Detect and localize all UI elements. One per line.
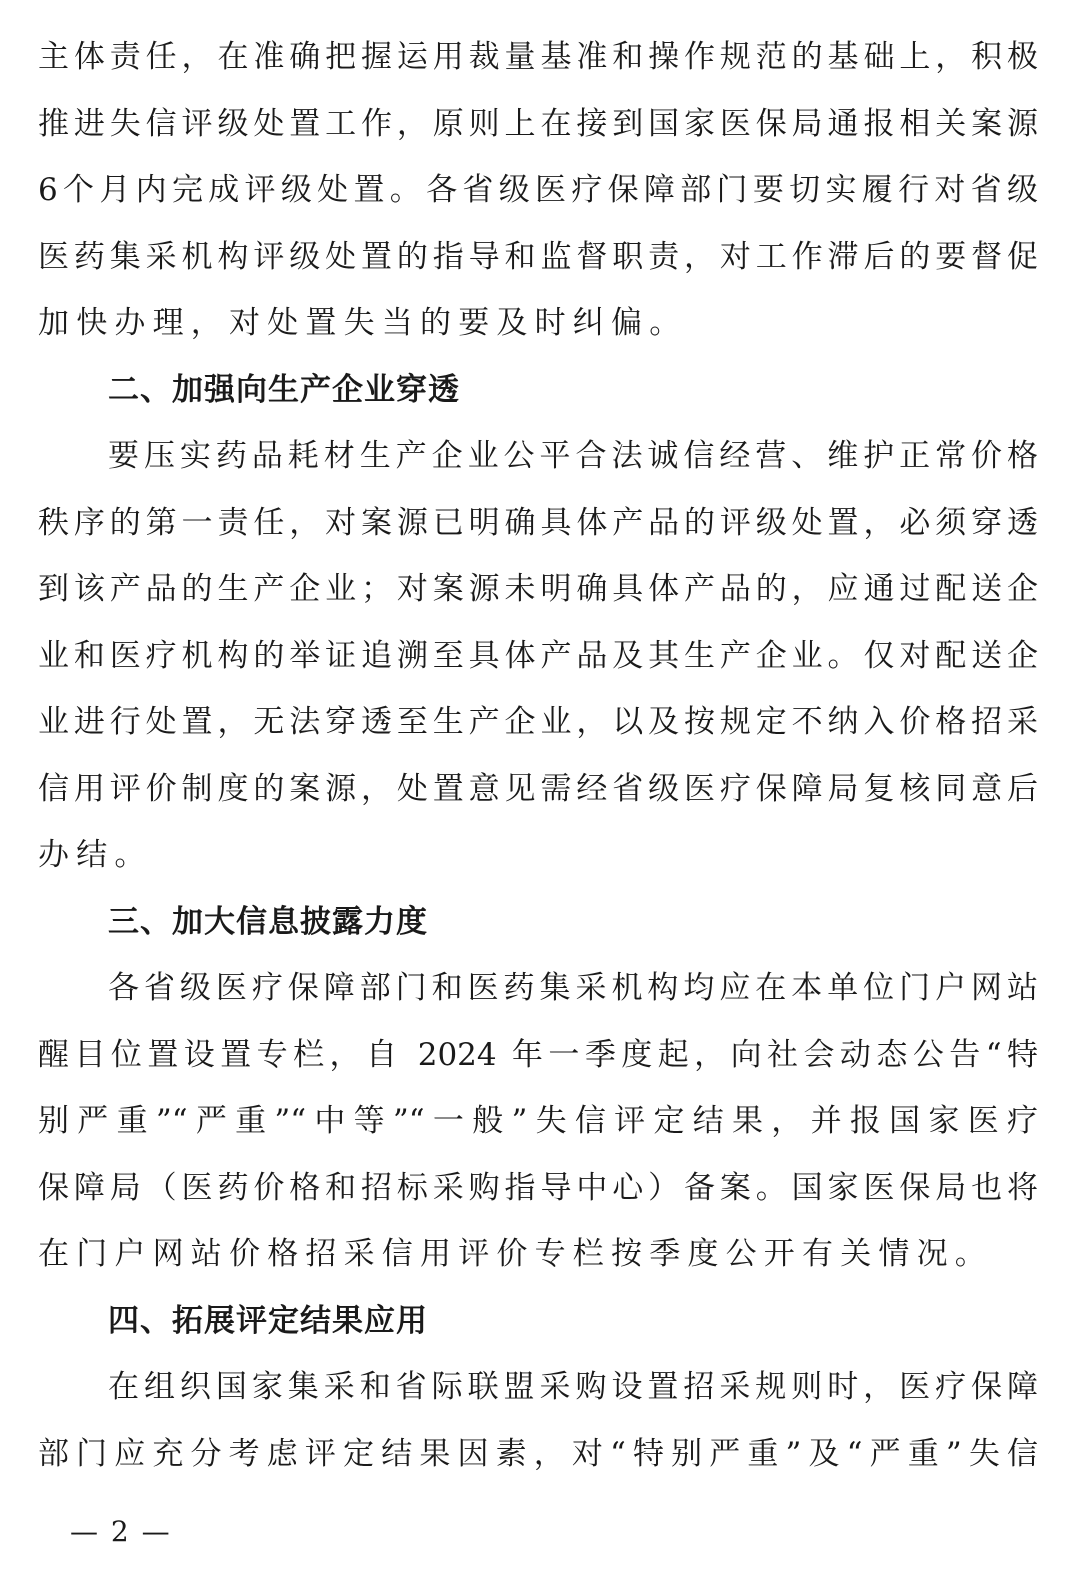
paragraph-line: 业进行处置，无法穿透至生产企业，以及按规定不纳入价格招采 [38, 697, 1038, 747]
paragraph-line: 信用评价制度的案源，处置意见需经省级医疗保障局复核同意后 [38, 764, 1038, 814]
paragraph-line: 推进失信评级处置工作，原则上在接到国家医保局通报相关案源 [38, 99, 1038, 149]
section-heading: 三、加大信息披露力度 [108, 897, 428, 947]
paragraph-line: 在组织国家集采和省际联盟采购设置招采规则时，医疗保障 [108, 1362, 1038, 1412]
paragraph-line: 在门户网站价格招采信用评价专栏按季度公开有关情况。 [38, 1229, 1038, 1279]
paragraph-line: 到该产品的生产企业；对案源未明确具体产品的，应通过配送企 [38, 564, 1038, 614]
paragraph-line: 医药集采机构评级处置的指导和监督职责，对工作滞后的要督促 [38, 232, 1038, 282]
paragraph-line: 各省级医疗保障部门和医药集采机构均应在本单位门户网站 [108, 963, 1038, 1013]
paragraph-line: 部门应充分考虑评定结果因素，对“特别严重”及“严重”失信 [38, 1429, 1038, 1479]
paragraph-line: 主体责任，在准确把握运用裁量基准和操作规范的基础上，积极 [38, 32, 1038, 82]
section-heading: 二、加强向生产企业穿透 [108, 365, 460, 415]
paragraph-line: 要压实药品耗材生产企业公平合法诚信经营、维护正常价格 [108, 431, 1038, 481]
page-number: — 2 — [70, 1512, 172, 1552]
document-page: 主体责任，在准确把握运用裁量基准和操作规范的基础上，积极 推进失信评级处置工作，… [0, 0, 1080, 1580]
paragraph-line: 办结。 [38, 830, 1038, 880]
section-heading: 四、拓展评定结果应用 [108, 1296, 428, 1346]
paragraph-line: 6个月内完成评级处置。各省级医疗保障部门要切实履行对省级 [38, 165, 1038, 215]
paragraph-line: 业和医疗机构的举证追溯至具体产品及其生产企业。仅对配送企 [38, 631, 1038, 681]
paragraph-line: 秩序的第一责任，对案源已明确具体产品的评级处置，必须穿透 [38, 498, 1038, 548]
paragraph-line: 醒目位置设置专栏，自 2024 年一季度起，向社会动态公告“特 [38, 1030, 1038, 1080]
paragraph-line: 加快办理，对处置失当的要及时纠偏。 [38, 298, 1038, 348]
paragraph-line: 保障局（医药价格和招标采购指导中心）备案。国家医保局也将 [38, 1163, 1038, 1213]
paragraph-line: 别严重”“严重”“中等”“一般”失信评定结果，并报国家医疗 [38, 1096, 1038, 1146]
